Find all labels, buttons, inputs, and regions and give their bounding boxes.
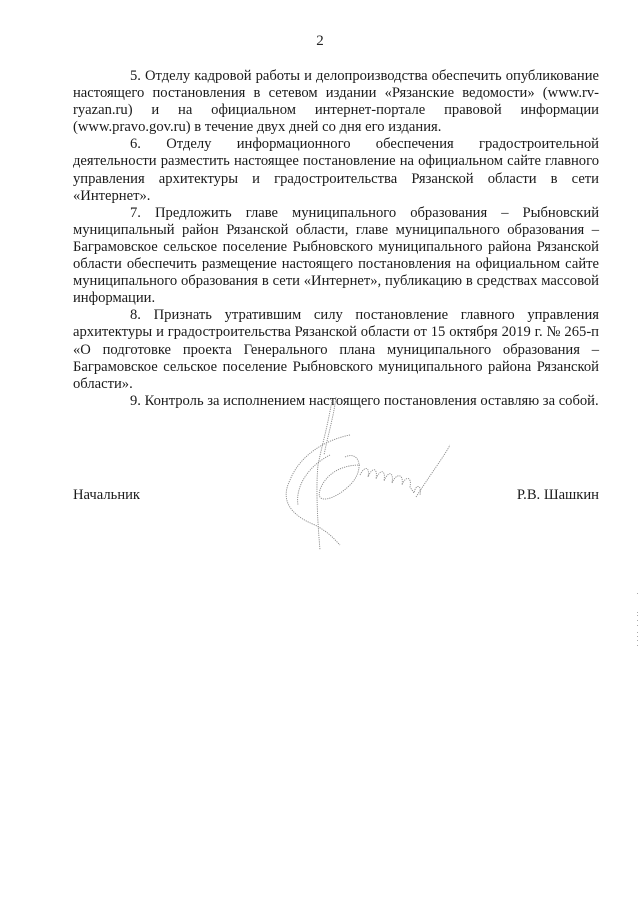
paragraph-8: 8. Признать утратившим силу постановлени… — [73, 307, 599, 392]
handwritten-signature — [270, 395, 450, 555]
signatory-name: Р.В. Шашкин — [517, 487, 599, 504]
signature-row: Начальник Р.В. Шашкин — [73, 487, 599, 507]
paragraph-6: 6. Отделу информационного обеспечения гр… — [73, 136, 599, 204]
page-number: 2 — [0, 33, 640, 50]
scan-edge-marks — [636, 590, 640, 650]
paragraph-7: 7. Предложить главе муниципального образ… — [73, 205, 599, 308]
paragraph-5: 5. Отделу кадровой работы и делопроизвод… — [73, 68, 599, 136]
document-body: 5. Отделу кадровой работы и делопроизвод… — [73, 68, 599, 410]
document-page: 2 5. Отделу кадровой работы и делопроизв… — [0, 0, 640, 905]
signatory-title: Начальник — [73, 487, 140, 504]
